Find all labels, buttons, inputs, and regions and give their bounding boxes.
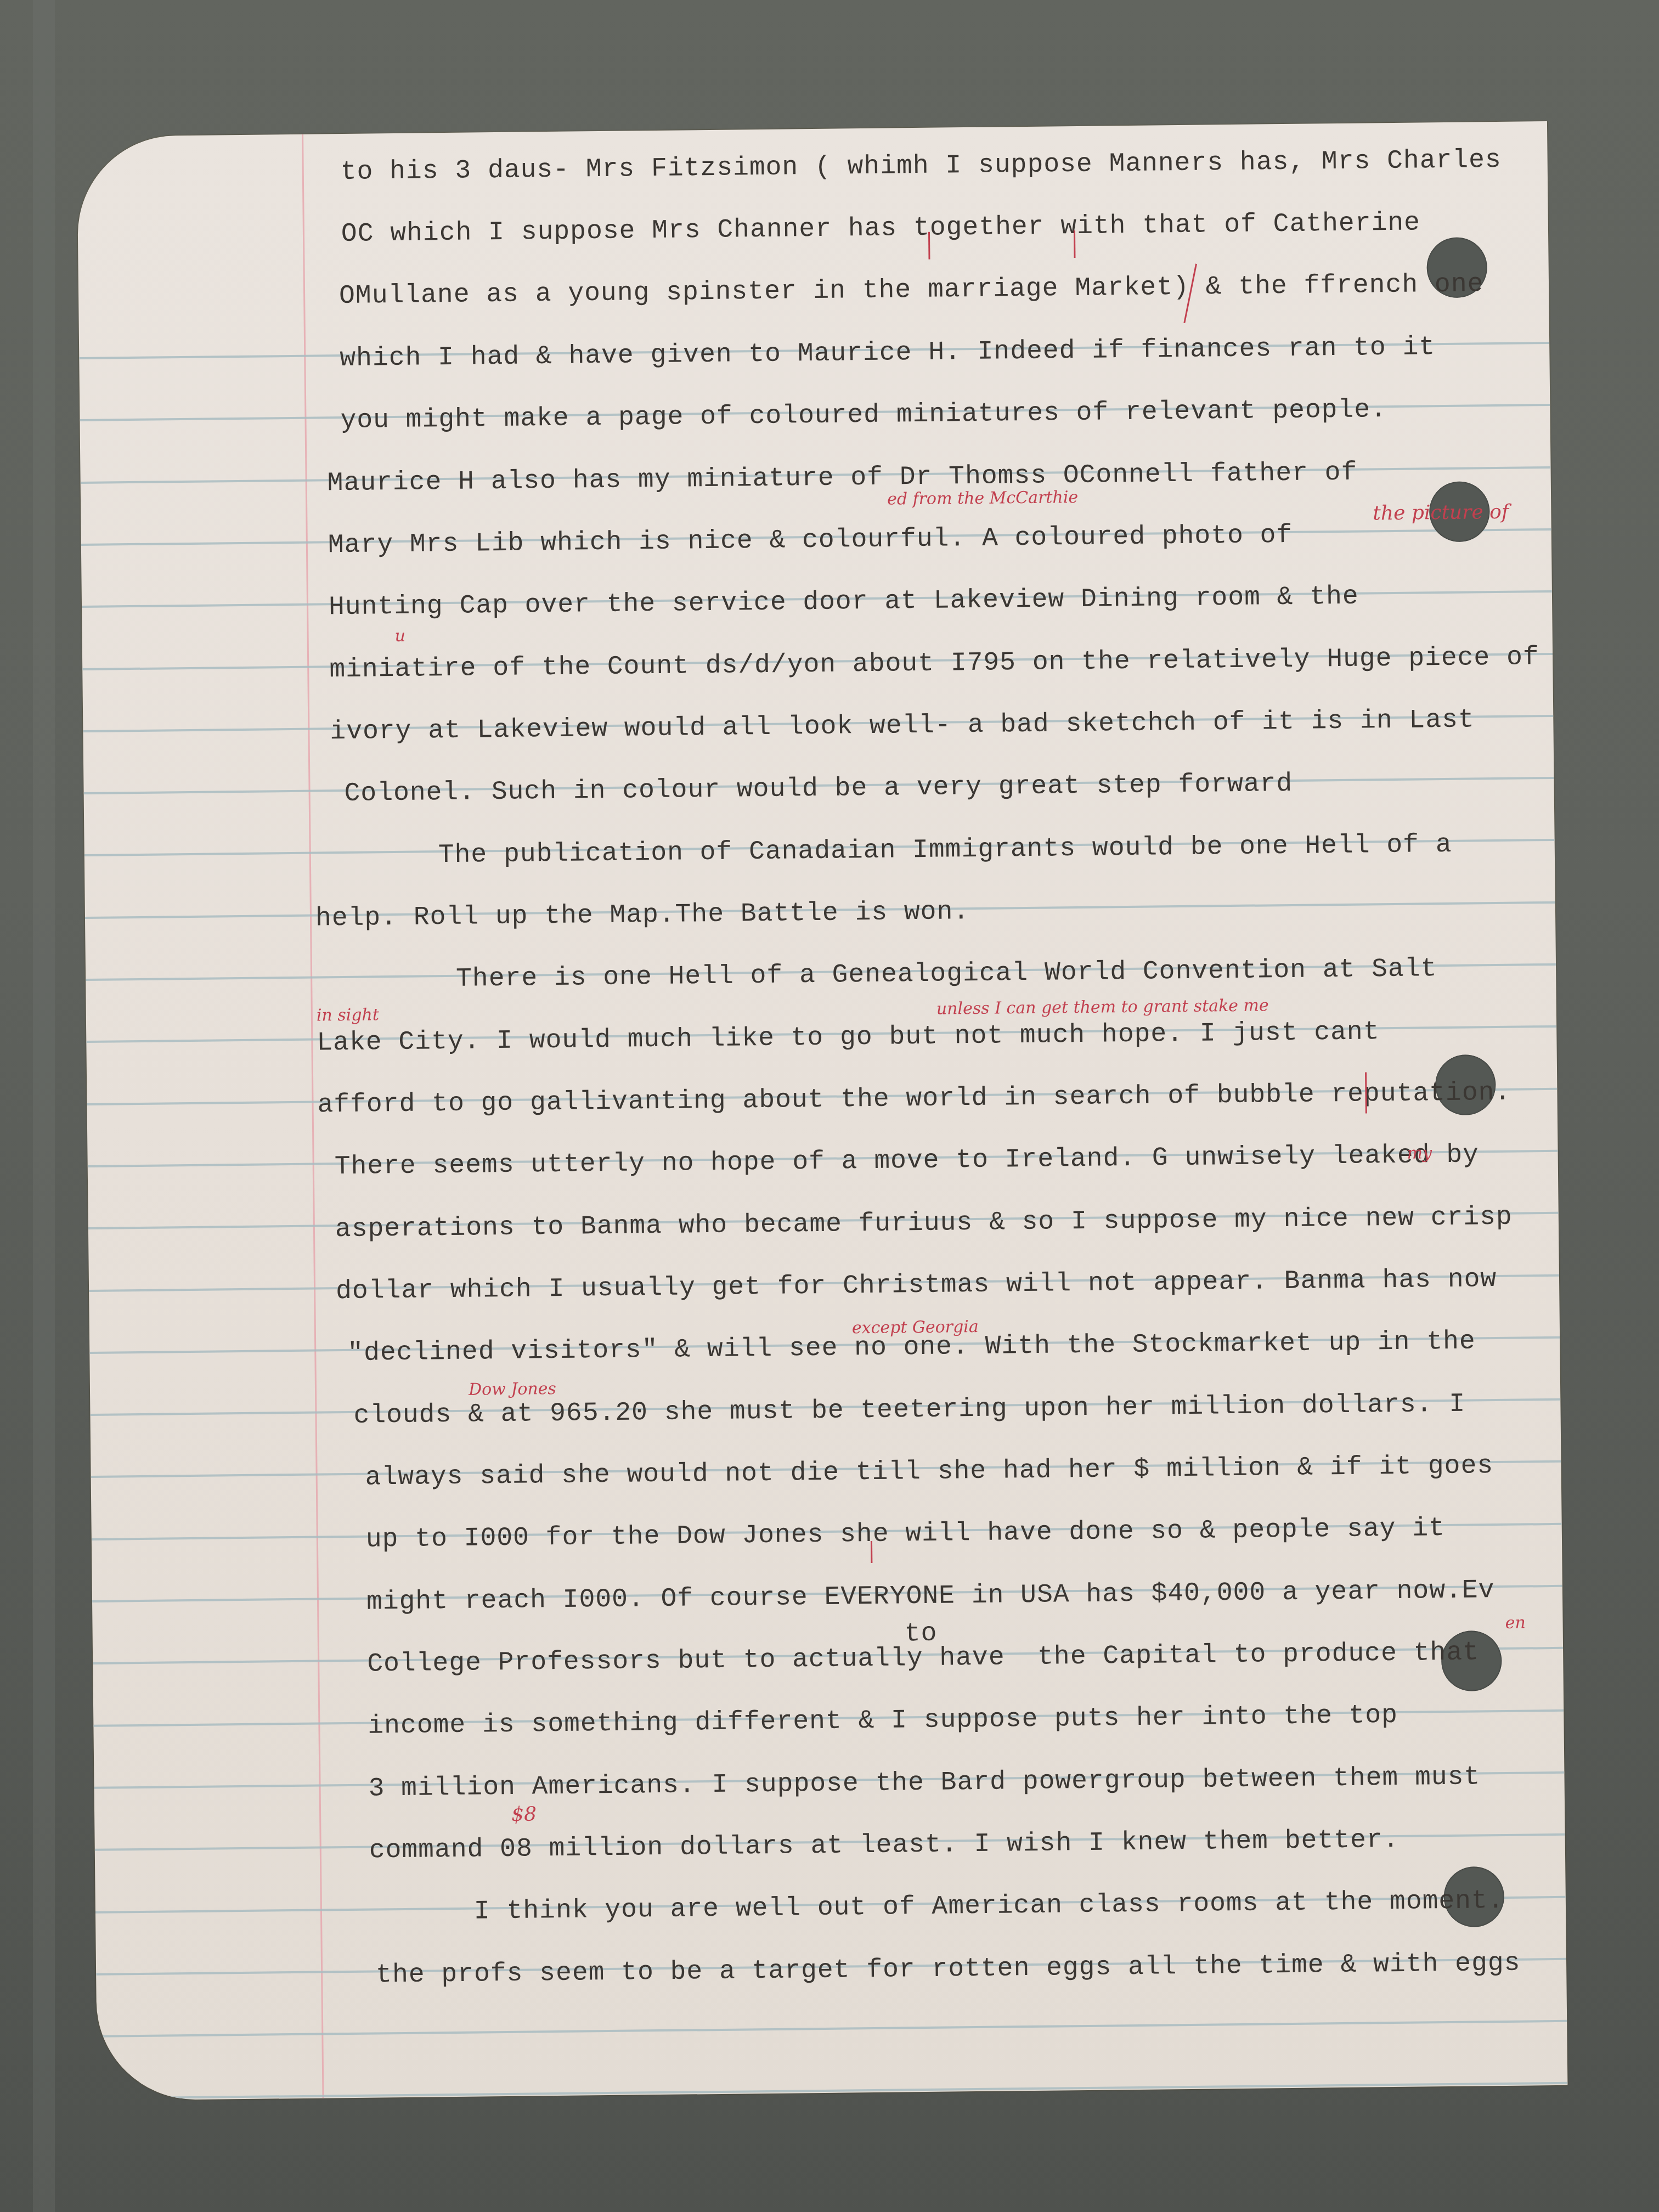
- typed-line: the profs seem to be a target for rotten…: [376, 1947, 1521, 1992]
- handwritten-annotation: u: [394, 627, 405, 646]
- typed-line: help. Roll up the Map.The Battle is won.: [315, 895, 970, 935]
- typed-line: miniatire of the Count ds/d/yon about I7…: [329, 641, 1539, 686]
- typed-line: The publication of Canadaian Immigrants …: [438, 828, 1452, 872]
- typed-line: dollar which I usually get for Christmas…: [336, 1263, 1497, 1308]
- typed-line: Hunting Cap over the service door at Lak…: [329, 580, 1359, 624]
- typed-line: Maurice H also has my miniature of Dr Th…: [327, 456, 1357, 500]
- typed-line: OMullane as a young spinster in the marr…: [339, 268, 1484, 313]
- typed-line: I think you are well out of American cla…: [474, 1884, 1504, 1928]
- handwritten-annotation: unless I can get them to grant stake me: [936, 996, 1269, 1018]
- letter-page: to his 3 daus- Mrs Fitzsimon ( whimh I s…: [77, 121, 1567, 2101]
- typed-line: afford to go gallivanting about the worl…: [317, 1076, 1511, 1122]
- typed-line: might reach I000. Of course EVERYONE in …: [366, 1574, 1495, 1619]
- binder-strip: [33, 0, 55, 2212]
- typed-line: Mary Mrs Lib which is nice & colourful. …: [328, 519, 1293, 562]
- typed-line: income is something different & I suppos…: [368, 1699, 1398, 1743]
- typed-line: 3 million Americans. I suppose the Bard …: [368, 1760, 1480, 1805]
- typed-line: which I had & have given to Maurice H. I…: [340, 331, 1435, 375]
- handwritten-annotation: Dow Jones: [469, 1380, 556, 1400]
- typed-line: ivory at Lakeview would all look well- a…: [330, 703, 1475, 748]
- typed-line: always said she would not die till she h…: [365, 1449, 1493, 1494]
- typed-body: to his 3 daus- Mrs Fitzsimon ( whimh I s…: [307, 144, 1514, 156]
- typed-line: Lake City. I would much like to go but n…: [317, 1015, 1380, 1059]
- insertion-comma-mark: [1074, 230, 1076, 258]
- typed-line: OC which I suppose Mrs Channer has toget…: [341, 206, 1421, 251]
- handwritten-annotation: my: [1407, 1144, 1432, 1163]
- typed-line: Colonel. Such in colour would be a very …: [344, 768, 1293, 810]
- typed-line: There is one Hell of a Genealogical Worl…: [456, 952, 1437, 996]
- handwritten-annotation: the picture of: [1373, 503, 1509, 523]
- rule-line: [97, 2020, 1567, 2038]
- typed-insertion: to: [904, 1617, 937, 1651]
- handwritten-annotation: $8: [511, 1805, 537, 1824]
- insertion-comma-mark: [928, 232, 930, 259]
- typed-line: There seems utterly no hope of a move to…: [334, 1138, 1479, 1183]
- typed-line: up to I000 for the Dow Jones she will ha…: [366, 1512, 1446, 1556]
- handwritten-annotation: ed from the McCarthie: [887, 488, 1078, 509]
- insertion-comma-mark: [871, 1541, 872, 1563]
- handwritten-annotation: except Georgia: [852, 1318, 979, 1338]
- typed-line: you might make a page of coloured miniat…: [340, 393, 1387, 437]
- typed-line: asperations to Banma who became furiuus …: [335, 1201, 1513, 1246]
- typed-line: to his 3 daus- Mrs Fitzsimon ( whimh I s…: [340, 144, 1502, 189]
- handwritten-annotation: in sight: [317, 1006, 379, 1025]
- handwritten-annotation: en: [1505, 1614, 1525, 1633]
- typed-line: command 08 million dollars at least. I w…: [369, 1824, 1400, 1867]
